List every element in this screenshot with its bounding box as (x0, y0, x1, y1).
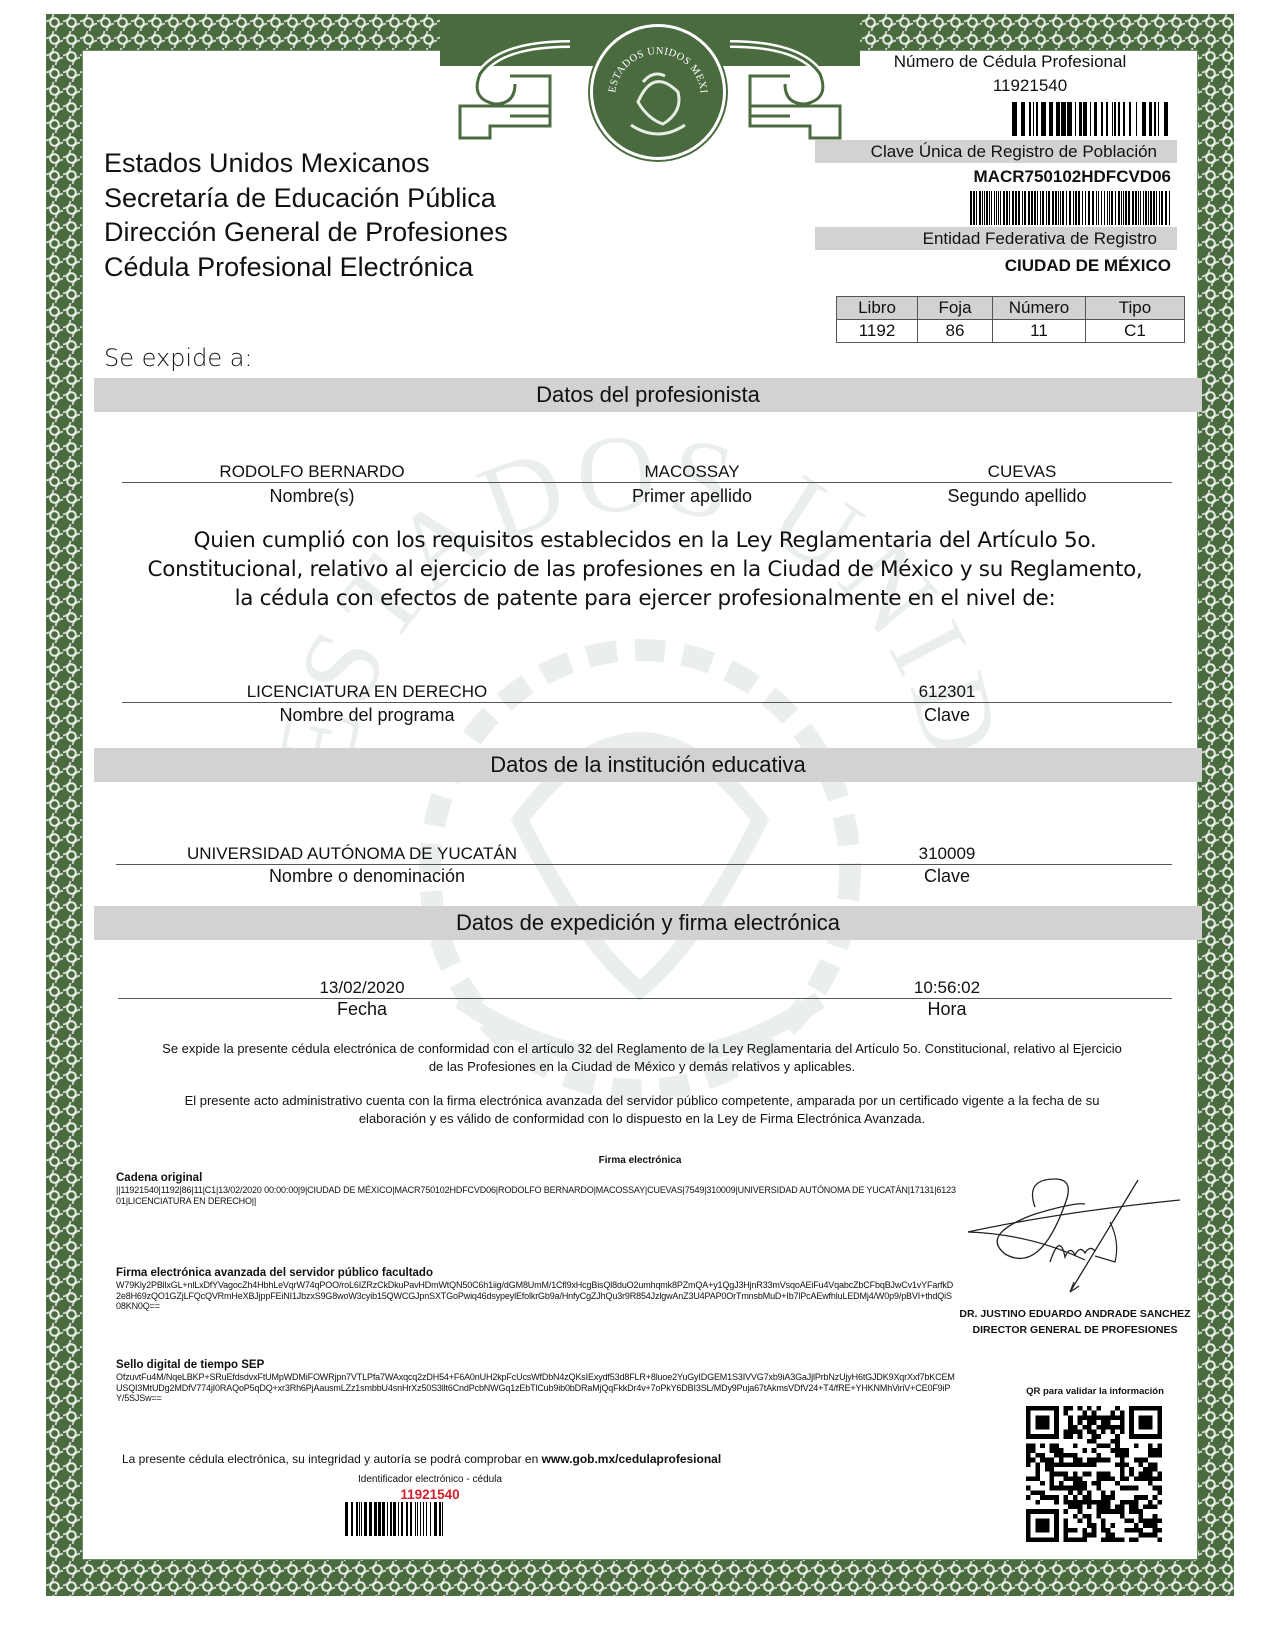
barcode-bar (1112, 102, 1113, 136)
barcode-bar (1140, 191, 1141, 225)
barcode-bar (1153, 191, 1155, 225)
barcode-bar (1012, 191, 1014, 225)
barcode-bar (1118, 102, 1120, 136)
barcode-bar (982, 191, 983, 225)
legal-line: El presente acto administrativo cuenta c… (112, 1092, 1172, 1110)
barcode-bar (1149, 102, 1152, 136)
nombres-value: RODOLFO BERNARDO (132, 462, 492, 482)
cedula-number-label: Número de Cédula Profesional (855, 52, 1185, 72)
barcode-bar (1069, 191, 1071, 225)
signer-block: DR. JUSTINO EDUARDO ANDRADE SANCHEZ DIRE… (940, 1306, 1210, 1338)
legal-line: Se expide la presente cédula electrónica… (112, 1040, 1172, 1058)
barcode-bar (1085, 191, 1086, 225)
barcode-bar (1009, 191, 1010, 225)
national-emblem-band: ESTADOS UNIDOS MEXICANOS (440, 14, 860, 164)
programa-value: LICENCIATURA EN DERECHO (182, 682, 552, 702)
col-tipo: Tipo (1086, 297, 1185, 320)
barcode-bar (1067, 102, 1072, 136)
curp-value: MACR750102HDFCVD06 (815, 167, 1185, 187)
barcode-bar (1066, 191, 1067, 225)
identificador-barcode (345, 1502, 444, 1536)
legal-line: de las Profesiones en la Ciudad de Méxic… (112, 1058, 1172, 1076)
cedula-barcode (815, 102, 1185, 136)
barcode-bar (1121, 191, 1122, 225)
barcode-bar (442, 1502, 443, 1536)
barcode-bar (387, 1502, 388, 1536)
barcode-bar (1079, 102, 1082, 136)
barcode-bar (1041, 102, 1046, 136)
barcode-bar (1118, 191, 1120, 225)
barcode-bar (426, 1502, 427, 1536)
barcode-bar (1061, 102, 1066, 136)
barcode-bar (1107, 191, 1108, 225)
barcode-bar (1075, 102, 1076, 136)
issuer-line: Secretaría de Educación Pública (104, 181, 508, 216)
barcode-bar (1161, 191, 1163, 225)
barcode-bar (994, 191, 995, 225)
fret-ornament-left-icon (450, 36, 580, 146)
primer-apellido-label: Primer apellido (512, 486, 872, 507)
registry-block: Número de Cédula Profesional 11921540 Cl… (815, 52, 1185, 276)
barcode-bar (1022, 191, 1023, 225)
barcode-bar (984, 191, 985, 225)
barcode-bar (401, 1502, 403, 1536)
fecha-label: Fecha (272, 999, 452, 1020)
barcode-bar (406, 1502, 408, 1536)
sello-digital-string: OfzuvtFu4M/NqeLBKP+SRuEfdsdvxFtUMpWDMiFO… (116, 1372, 956, 1404)
barcode-bar (1101, 191, 1102, 225)
barcode-bar (1024, 191, 1026, 225)
barcode-bar (1150, 191, 1152, 225)
sello-digital-block: Sello digital de tiempo SEP OfzuvtFu4M/N… (116, 1359, 956, 1404)
col-numero: Número (993, 297, 1086, 320)
sello-digital-label: Sello digital de tiempo SEP (116, 1359, 956, 1372)
barcode-bar (361, 1502, 362, 1536)
barcode-bar (420, 1502, 421, 1536)
legal-line: elaboración y es válido de conformidad c… (112, 1110, 1172, 1128)
barcode-bar (1104, 191, 1105, 225)
barcode-bar (1012, 102, 1017, 136)
barcode-bar (1092, 191, 1094, 225)
se-expide-label: Se expide a: (104, 344, 253, 372)
barcode-bar (398, 1502, 399, 1536)
barcode-bar (378, 1502, 381, 1536)
barcode-bar (970, 191, 972, 225)
barcode-bar (1098, 191, 1099, 225)
barcode-bar (1111, 191, 1113, 225)
barcode-bar (1135, 191, 1137, 225)
barcode-bar (1096, 191, 1097, 225)
barcode-bar (1115, 191, 1116, 225)
cedula-number: 11921540 (875, 76, 1185, 96)
hora-value: 10:56:02 (862, 978, 1032, 998)
barcode-bar (1056, 102, 1060, 136)
barcode-bar (390, 1502, 392, 1536)
barcode-bar (1145, 191, 1147, 225)
barcode-bar (1062, 191, 1064, 225)
barcode-bar (1029, 102, 1031, 136)
barcode-bar (1073, 191, 1074, 225)
barcode-bar (1123, 102, 1125, 136)
barcode-bar (989, 191, 990, 225)
barcode-bar (1169, 191, 1170, 225)
libro-value: 1192 (837, 320, 918, 343)
barcode-bar (1060, 191, 1061, 225)
barcode-bar (430, 1502, 431, 1536)
cadena-original-string: ||11921540|1192|86|11|C1|13/02/2020 00:0… (116, 1185, 956, 1206)
signer-title: DIRECTOR GENERAL DE PROFESIONES (940, 1322, 1210, 1338)
firma-electronica-title: Firma electrónica (0, 1155, 1280, 1166)
name-underline (122, 482, 1172, 483)
qr-label: QR para validar la información (1000, 1386, 1190, 1397)
verification-sentence: La presente cédula electrónica, su integ… (122, 1452, 542, 1466)
barcode-bar (1109, 191, 1110, 225)
firma-avanzada-block: Firma electrónica avanzada del servidor … (116, 1267, 956, 1312)
firma-avanzada-string: W79Kly2PBllxGL+nlLxDfYVagocZh4HbhLeVqrW7… (116, 1280, 956, 1312)
program-underline (122, 702, 1172, 703)
numero-value: 11 (993, 320, 1086, 343)
barcode-bar (1006, 191, 1008, 225)
identificador-number: 11921540 (330, 1487, 530, 1502)
qualification-statement: Quien cumplió con los requisitos estable… (90, 526, 1200, 613)
barcode-bar (364, 1502, 367, 1536)
barcode-bar (439, 1502, 441, 1536)
barcode-bar (1034, 191, 1036, 225)
barcode-bar (1083, 102, 1087, 136)
barcode-bar (1156, 191, 1157, 225)
col-libro: Libro (837, 297, 918, 320)
barcode-bar (356, 1502, 358, 1536)
cadena-original-block: Cadena original ||11921540|1192|86|11|C1… (116, 1172, 956, 1206)
barcode-bar (1040, 191, 1041, 225)
barcode-bar (1142, 102, 1146, 136)
institucion-value: UNIVERSIDAD AUTÓNOMA DE YUCATÁN (132, 844, 572, 864)
foja-value: 86 (918, 320, 993, 343)
signer-name: DR. JUSTINO EDUARDO ANDRADE SANCHEZ (940, 1306, 1210, 1322)
verification-url-link[interactable]: www.gob.mx/cedulaprofesional (542, 1452, 722, 1466)
barcode-bar (1075, 191, 1077, 225)
barcode-bar (973, 191, 975, 225)
barcode-bar (1082, 191, 1083, 225)
barcode-bar (1021, 102, 1025, 136)
programa-label: Nombre del programa (182, 705, 552, 726)
statement-line: Quien cumplió con los requisitos estable… (90, 526, 1200, 555)
section-institucion: Datos de la institución educativa (94, 748, 1202, 782)
institucion-clave-value: 310009 (862, 844, 1032, 864)
barcode-bar (1136, 102, 1137, 136)
barcode-bar (1028, 191, 1030, 225)
barcode-bar (1128, 191, 1130, 225)
curp-barcode (815, 191, 1185, 225)
col-foja: Foja (918, 297, 993, 320)
barcode-bar (1058, 191, 1059, 225)
issuer-line: Estados Unidos Mexicanos (104, 146, 508, 181)
institucion-clave-label: Clave (862, 866, 1032, 887)
barcode-bar (976, 191, 977, 225)
barcode-bar (417, 1502, 418, 1536)
barcode-bar (1048, 191, 1050, 225)
eagle-seal-icon: ESTADOS UNIDOS MEXICANOS (593, 27, 723, 157)
barcode-bar (979, 191, 981, 225)
section-expedicion: Datos de expedición y firma electrónica (94, 906, 1202, 940)
handwritten-signature-icon (960, 1172, 1190, 1302)
entidad-label: Entidad Federativa de Registro (815, 227, 1177, 250)
statement-line: la cédula con efectos de patente para ej… (90, 584, 1200, 613)
tipo-value: C1 (1086, 320, 1185, 343)
barcode-bar (410, 1502, 412, 1536)
document-title: Cédula Profesional Electrónica (104, 250, 508, 285)
barcode-bar (1090, 102, 1091, 136)
segundo-apellido-value: CUEVAS (922, 462, 1122, 482)
barcode-bar (1106, 102, 1108, 136)
barcode-bar (1114, 102, 1116, 136)
programa-clave-label: Clave (862, 705, 1032, 726)
barcode-bar (359, 1502, 360, 1536)
barcode-bar (1165, 191, 1167, 225)
barcode-bar (393, 1502, 396, 1536)
barcode-bar (1055, 191, 1057, 225)
hora-label: Hora (862, 999, 1032, 1020)
barcode-bar (1033, 102, 1034, 136)
identificador-label: Identificador electrónico - cédula (330, 1474, 530, 1485)
barcode-bar (996, 191, 997, 225)
barcode-bar (374, 1502, 377, 1536)
legal-paragraph-2: El presente acto administrativo cuenta c… (112, 1092, 1172, 1127)
barcode-bar (1101, 102, 1103, 136)
entidad-value: CIUDAD DE MÉXICO (815, 256, 1185, 276)
barcode-bar (1088, 191, 1090, 225)
barcode-bar (986, 191, 988, 225)
barcode-bar (1159, 191, 1160, 225)
barcode-bar (1031, 191, 1033, 225)
fecha-value: 13/02/2020 (272, 978, 452, 998)
barcode-bar (1138, 191, 1139, 225)
barcode-bar (423, 1502, 424, 1536)
programa-clave-value: 612301 (862, 682, 1032, 702)
barcode-bar (1125, 191, 1127, 225)
barcode-bar (351, 1502, 353, 1536)
barcode-bar (1123, 191, 1124, 225)
barcode-bar (1036, 102, 1038, 136)
issuer-title-block: Estados Unidos Mexicanos Secretaría de E… (104, 146, 508, 284)
barcode-bar (1015, 191, 1017, 225)
registry-table: Libro Foja Número Tipo 1192 86 11 C1 (836, 296, 1185, 343)
barcode-bar (1003, 191, 1005, 225)
issuer-line: Dirección General de Profesiones (104, 215, 508, 250)
eagle-seal: ESTADOS UNIDOS MEXICANOS (590, 24, 726, 160)
barcode-bar (1129, 102, 1131, 136)
firma-avanzada-label: Firma electrónica avanzada del servidor … (116, 1267, 956, 1280)
primer-apellido-value: MACOSSAY (512, 462, 872, 482)
barcode-bar (1042, 191, 1044, 225)
barcode-bar (1000, 191, 1001, 225)
barcode-bar (1049, 102, 1053, 136)
barcode-bar (1052, 191, 1054, 225)
legal-paragraph-1: Se expide la presente cédula electrónica… (112, 1040, 1172, 1075)
barcode-bar (369, 1502, 372, 1536)
barcode-bar (1094, 102, 1097, 136)
barcode-bar (1037, 191, 1038, 225)
barcode-bar (1143, 191, 1144, 225)
barcode-bar (1154, 102, 1156, 136)
barcode-bar (1046, 191, 1047, 225)
curp-label: Clave Única de Registro de Población (815, 140, 1177, 163)
section-profesionista: Datos del profesionista (94, 378, 1202, 412)
nombres-label: Nombre(s) (132, 486, 492, 507)
barcode-bar (998, 191, 999, 225)
barcode-bar (1132, 191, 1134, 225)
barcode-bar (345, 1502, 348, 1536)
barcode-bar (415, 1502, 416, 1536)
barcode-bar (1018, 191, 1020, 225)
barcode-bar (1148, 191, 1149, 225)
institution-underline (116, 864, 1172, 865)
institucion-label: Nombre o denominación (182, 866, 552, 887)
barcode-bar (434, 1502, 437, 1536)
barcode-bar (991, 191, 992, 225)
barcode-bar (1078, 191, 1080, 225)
statement-line: Constitucional, relativo al ejercicio de… (90, 555, 1200, 584)
segundo-apellido-label: Segundo apellido (912, 486, 1122, 507)
qr-code-icon[interactable] (1026, 1406, 1162, 1542)
barcode-bar (382, 1502, 385, 1536)
barcode-bar (1164, 102, 1168, 136)
verification-text: La presente cédula electrónica, su integ… (122, 1452, 721, 1466)
barcode-bar (1158, 102, 1159, 136)
cadena-original-label: Cadena original (116, 1172, 956, 1185)
